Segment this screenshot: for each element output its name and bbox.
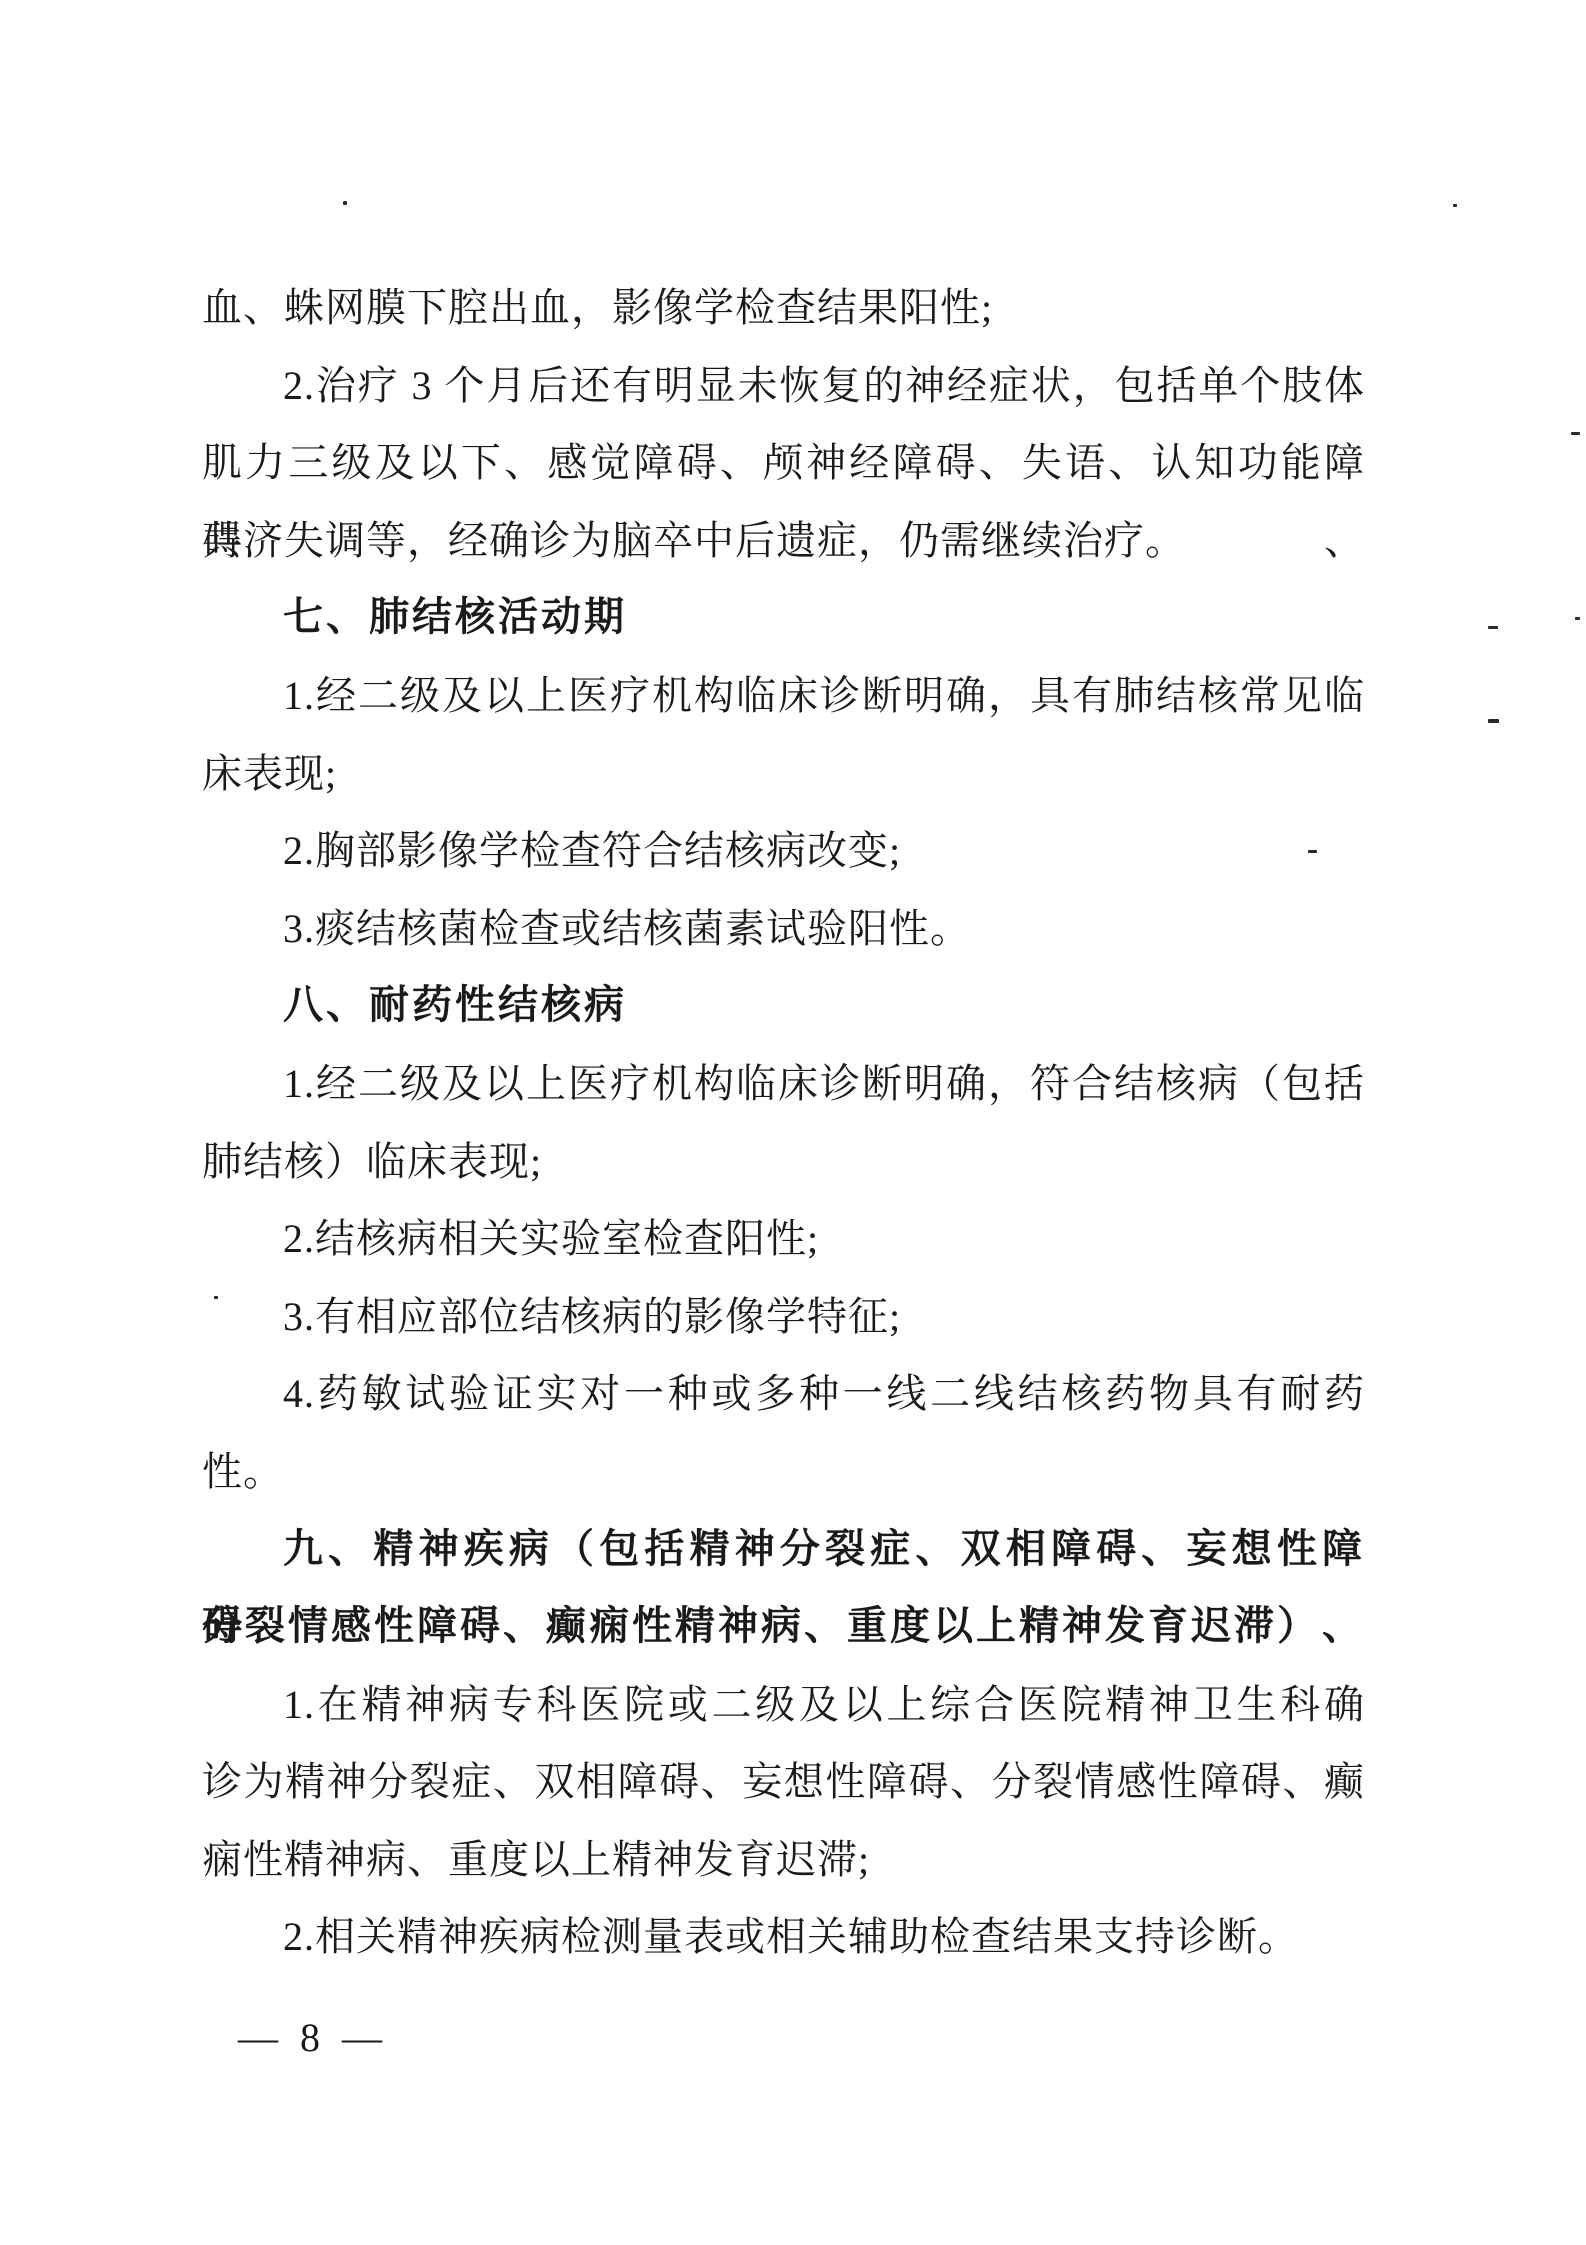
text-line: 性。: [202, 1433, 1365, 1511]
text-line: 2.结核病相关实验室检查阳性;: [202, 1200, 1365, 1278]
text-line: 2.相关精神疾病检测量表或相关辅助检查结果支持诊断。: [202, 1898, 1365, 1976]
scan-speck: [1488, 626, 1498, 629]
text-line: 2.胸部影像学检查符合结核病改变;: [202, 812, 1365, 890]
text-line: 肺结核）临床表现;: [202, 1123, 1365, 1201]
text-line: 3.有相应部位结核病的影像学特征;: [202, 1278, 1365, 1356]
text-line: 1.在精神病专科医院或二级及以上综合医院精神卫生科确: [202, 1666, 1365, 1744]
scan-speck: [214, 1296, 218, 1299]
scan-speck: [1575, 617, 1580, 620]
scan-speck: [1308, 850, 1317, 853]
text-line: 诊为精神分裂症、双相障碍、妄想性障碍、分裂情感性障碍、癫: [202, 1743, 1365, 1821]
text-line: 2.治疗 3 个月后还有明显未恢复的神经症状，包括单个肢体: [202, 347, 1365, 425]
text-line: 血、蛛网膜下腔出血，影像学检查结果阳性;: [202, 269, 1365, 347]
section-heading-9: 九、精神疾病（包括精神分裂症、双相障碍、妄想性障碍、: [202, 1511, 1365, 1589]
text-line: 3.痰结核菌检查或结核菌素试验阳性。: [202, 890, 1365, 968]
text-line: 1.经二级及以上医疗机构临床诊断明确，具有肺结核常见临: [202, 657, 1365, 735]
text-line: 床表现;: [202, 735, 1365, 813]
document-page: 血、蛛网膜下腔出血，影像学检查结果阳性; 2.治疗 3 个月后还有明显未恢复的神…: [0, 0, 1586, 2245]
section-heading-9-continued: 分裂情感性障碍、癫痫性精神病、重度以上精神发育迟滞）: [202, 1588, 1365, 1666]
text-line: 肌力三级及以下、感觉障碍、颅神经障碍、失语、认知功能障碍、: [202, 424, 1365, 502]
document-body: 血、蛛网膜下腔出血，影像学检查结果阳性; 2.治疗 3 个月后还有明显未恢复的神…: [202, 269, 1365, 1976]
section-heading-8: 八、耐药性结核病: [202, 967, 1365, 1045]
text-line: 痫性精神病、重度以上精神发育迟滞;: [202, 1821, 1365, 1899]
scan-speck: [1488, 719, 1499, 723]
section-heading-7: 七、肺结核活动期: [202, 579, 1365, 657]
scan-speck: [1571, 432, 1580, 435]
scan-speck: [343, 201, 347, 205]
text-line: 1.经二级及以上医疗机构临床诊断明确，符合结核病（包括: [202, 1045, 1365, 1123]
text-line: 4.药敏试验证实对一种或多种一线二线结核药物具有耐药: [202, 1355, 1365, 1433]
page-number: — 8 —: [238, 2012, 388, 2064]
scan-speck: [1453, 204, 1457, 207]
